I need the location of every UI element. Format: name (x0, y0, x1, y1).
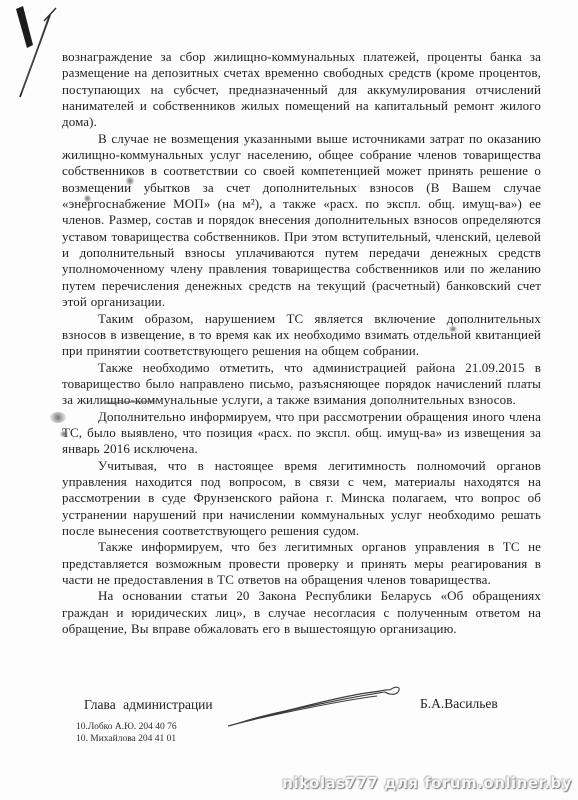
paragraph: В случае не возмещения указанными выше и… (62, 131, 541, 311)
signatory-role: Глава администрации (84, 697, 213, 713)
paragraph: Дополнительно информируем, что при рассм… (62, 409, 541, 458)
footnote-line: 10.Лобко А.Ю. 204 40 76 (76, 722, 177, 734)
paragraph: Также необходимо отметить, что администр… (62, 360, 541, 409)
paragraph: На основании статьи 20 Закона Республики… (62, 588, 541, 637)
signatory-name: Б.А.Васильев (420, 696, 498, 712)
paragraph: Учитывая, что в настоящее время легитимн… (62, 458, 541, 540)
watermark: nikolas777 для forum.onliner.by (282, 774, 572, 792)
letter-body: вознаграждение за сбор жилищно-коммуналь… (62, 49, 541, 637)
signature-flourish (225, 684, 405, 730)
paragraph: Таким образом, нарушением ТС является вк… (62, 311, 541, 360)
paragraph: Также информируем, что без легитимных ор… (62, 539, 541, 588)
pen-marks-icon (0, 0, 70, 105)
contact-footnotes: 10.Лобко А.Ю. 204 40 76 10. Михайлова 20… (76, 722, 177, 745)
scanned-letter-page: вознаграждение за сбор жилищно-коммуналь… (0, 0, 578, 800)
footnote-line: 10. Михайлова 204 41 01 (76, 734, 177, 746)
paragraph: вознаграждение за сбор жилищно-коммуналь… (62, 49, 541, 131)
